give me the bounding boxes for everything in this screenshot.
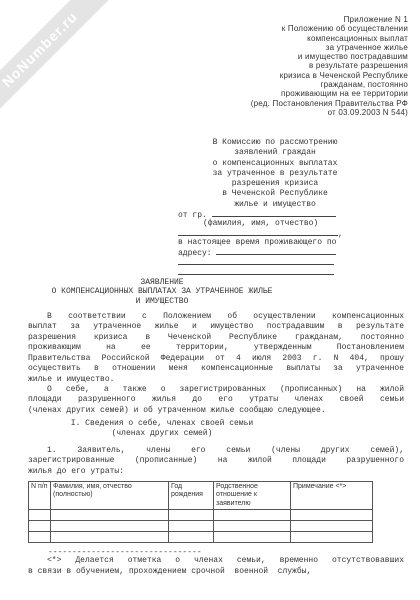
body-line: жилья до его утраты:	[28, 467, 404, 477]
table-cell	[214, 521, 291, 532]
appendix-header-line: гражданам, постоянно	[251, 80, 408, 89]
table-cell	[169, 532, 214, 543]
appendix-header-line: за утраченное жилье	[251, 43, 408, 52]
blank-line	[178, 257, 334, 265]
addressee-block: В Комиссию по рассмотрению заявлений гра…	[208, 138, 342, 210]
residing-line: в настоящее время проживающего по	[178, 238, 343, 248]
title-line: О КОМПЕНСАЦИОННЫХ ВЫПЛАТАХ ЗА УТРАЧЕННОЕ…	[28, 287, 296, 296]
addressee-line: о компенсационных выплатах	[208, 159, 342, 169]
from-line: от гр.	[178, 209, 343, 219]
section-heading-line: (членах других семей)	[28, 429, 296, 439]
table-cell	[51, 532, 169, 543]
body-line: (членах других семей) и об утраченном жи…	[28, 406, 404, 416]
appendix-header-line: к Положению об осуществлении	[251, 24, 408, 33]
table-cell	[169, 510, 214, 521]
table-row	[29, 510, 373, 521]
fio-blank-line	[212, 209, 336, 217]
body-line: зарегистрированные (прописанные) на жило…	[28, 456, 404, 466]
appendix-header-line: компенсационных выплат	[251, 34, 408, 43]
section-1-heading: I. Сведения о себе, членах своей семьи (…	[28, 419, 296, 440]
appendix-header-line: и имущество пострадавшим	[251, 52, 408, 61]
document-title: ЗАЯВЛЕНИЕ О КОМПЕНСАЦИОННЫХ ВЫПЛАТАХ ЗА …	[28, 278, 296, 306]
document-page: NoNumber.ru Приложение N 1 к Положению о…	[0, 0, 420, 600]
table-row	[29, 532, 373, 543]
title-line: И ИМУЩЕСТВО	[28, 297, 296, 306]
address-blank-row	[178, 257, 343, 267]
addressee-line: разрешения кризиса	[208, 179, 342, 189]
body-line: 1. Заявитель, члены его семьи (члены дру…	[28, 446, 404, 456]
appendix-header-line: в результате разрешения	[251, 61, 408, 70]
footnote-line: <*> Делается отметка о членах семьи, вре…	[28, 556, 404, 567]
title-line: ЗАЯВЛЕНИЕ	[28, 278, 296, 287]
body-line: проживающим на ее территории, утвержденн…	[28, 343, 404, 353]
address-blank-row	[178, 267, 343, 277]
appendix-header-line: Приложение N 1	[251, 15, 408, 24]
col-header-note: Примечание <*>	[291, 482, 373, 510]
addressee-line: за утраченное в результате	[208, 169, 342, 179]
body-line: В соответствии с Положением об осуществл…	[28, 312, 404, 322]
body-line: разрешения кризиса в Чеченской Республик…	[28, 333, 404, 343]
col-header-relation: Родственное отношение к заявителю	[214, 482, 291, 510]
body-line: площади разрушенного жилья до его утраты…	[28, 395, 404, 405]
table-cell	[214, 532, 291, 543]
appendix-header-line: (ред. Постановления Правительства РФ	[251, 99, 408, 108]
body-line: Правительства Российской Федерации от 4 …	[28, 354, 404, 364]
fio-continuation-line: ,	[178, 228, 343, 238]
address-blank-line	[216, 247, 336, 255]
intro-paragraph: В соответствии с Положением об осуществл…	[28, 312, 404, 385]
section-heading-line: I. Сведения о себе, членах своей семьи	[28, 419, 296, 429]
table-cell	[291, 510, 373, 521]
table-cell	[214, 510, 291, 521]
table-cell	[291, 521, 373, 532]
comma: ,	[338, 230, 343, 239]
addressee-line: заявлений граждан	[208, 148, 342, 158]
addressee-line: в Чеченской Республике	[208, 189, 342, 199]
addressee-line: В Комиссию по рассмотрению	[208, 138, 342, 148]
applicant-form-block: от гр. (фамилия, имя, отчество) , в наст…	[178, 209, 343, 276]
body-line: осуществить в отношении меня компенсацио…	[28, 364, 404, 374]
table-cell	[169, 521, 214, 532]
appendix-header-line: от 03.09.2003 N 544)	[251, 108, 408, 117]
body-line: жилье и имущество.	[28, 375, 404, 385]
table-cell	[291, 532, 373, 543]
col-header-number: N п/п	[29, 482, 51, 510]
table-cell	[29, 521, 51, 532]
table-cell	[29, 510, 51, 521]
appendix-header: Приложение N 1 к Положению об осуществле…	[251, 15, 408, 117]
body-line: выплат за утраченное жилье и имущество п…	[28, 322, 404, 332]
footnote: <*> Делается отметка о членах семьи, вре…	[28, 556, 404, 578]
fio-hint: (фамилия, имя, отчество)	[178, 219, 343, 229]
col-header-name: Фамилия, имя, отчество (полностью)	[51, 482, 169, 510]
address-line: адресу:	[178, 247, 343, 257]
table-cell	[29, 532, 51, 543]
applicant-list-paragraph: 1. Заявитель, члены его семьи (члены дру…	[28, 446, 404, 477]
about-paragraph: О себе, а также о зарегистрированных (пр…	[28, 385, 404, 416]
family-members-table: N п/п Фамилия, имя, отчество (полностью)…	[28, 481, 373, 543]
col-header-birth-year: Год рождения	[169, 482, 214, 510]
table-row	[29, 521, 373, 532]
watermark-banner: NoNumber.ru	[0, 0, 110, 119]
table-cell	[51, 521, 169, 532]
table-header-row: N п/п Фамилия, имя, отчество (полностью)…	[29, 482, 373, 510]
appendix-header-line: кризиса в Чеченской Республике	[251, 71, 408, 80]
footnote-line: в связи в обучением, прохождением срочно…	[28, 567, 404, 578]
body-line: О себе, а также о зарегистрированных (пр…	[28, 385, 404, 395]
watermark-text: NoNumber.ru	[0, 8, 81, 90]
table-cell	[51, 510, 169, 521]
appendix-header-line: проживающим на ее территории	[251, 89, 408, 98]
blank-line	[178, 267, 334, 275]
blank-line	[178, 228, 338, 236]
